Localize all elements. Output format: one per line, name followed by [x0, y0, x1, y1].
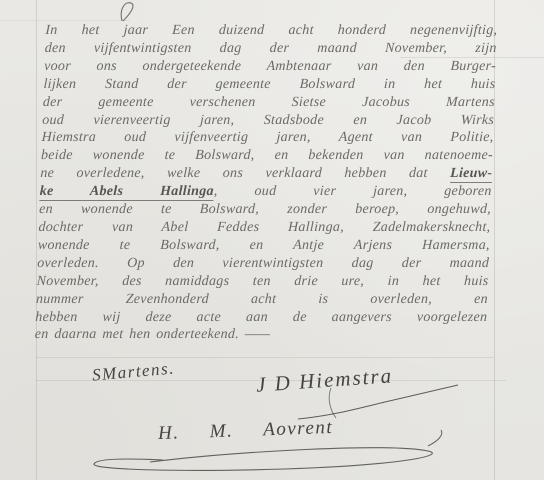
- text-line: ne overledene, welke ons verklaard hebbe…: [40, 165, 493, 183]
- text-line: Hiemstra oud vijfenveertig jaren, Agent …: [41, 129, 494, 147]
- text-line: voor ons ondergeteekende Ambtenaar van d…: [44, 58, 497, 76]
- text-line: en wonende te Bolsward, zonder beroep, o…: [39, 201, 492, 219]
- text-line: November, des namiddags ten drie ure, in…: [36, 273, 489, 291]
- body-text: In het jaar Een duizend acht honderd neg…: [34, 22, 497, 344]
- text-line: en daarna met hen onderteekend. ——: [34, 326, 487, 344]
- signature-witness: J D Hiemstra: [255, 363, 394, 398]
- text-line: overleden. Op den vierentwintigsten dag …: [37, 255, 490, 273]
- left-margin-rule: [36, 0, 37, 480]
- text-line: oud vierenveertig jaren, Stadsbode en Ja…: [42, 112, 495, 130]
- text-line: hebben wij deze acte aan de aangevers vo…: [35, 309, 488, 327]
- text-line: den vijfentwintigsten dag der maand Nove…: [44, 40, 497, 58]
- signature-official: H. M. Aovrent: [158, 417, 334, 445]
- text-line: nummer Zevenhonderd acht is overleden, e…: [36, 291, 489, 309]
- text-line: beide wonende te Bolsward, en bekenden v…: [41, 147, 494, 165]
- text-line: dochter van Abel Feddes Hallinga, Zadelm…: [38, 219, 491, 237]
- text-line: ke Abels Hallinga, oud vier jaren, gebor…: [39, 183, 492, 201]
- deceased-name-part2: ke Abels Hallinga: [39, 184, 214, 201]
- guide-line: [36, 357, 494, 358]
- deceased-name-part1: Lieuw-: [450, 166, 493, 183]
- text-line: In het jaar Een duizend acht honderd neg…: [45, 22, 498, 40]
- signature-declarant: SMartens.: [91, 358, 175, 385]
- guide-line: [0, 20, 130, 21]
- manuscript-page: In het jaar Een duizend acht honderd neg…: [0, 0, 544, 480]
- text-line: der gemeente verschenen Sietse Jacobus M…: [43, 94, 496, 112]
- text-line: lijken Stand der gemeente Bolsward in he…: [43, 76, 496, 94]
- text-segment: , oud vier jaren, geboren: [214, 184, 492, 199]
- text-line: wonende te Bolsward, en Antje Arjens Ham…: [37, 237, 490, 255]
- text-segment: ne overledene, welke ons verklaard hebbe…: [40, 166, 450, 181]
